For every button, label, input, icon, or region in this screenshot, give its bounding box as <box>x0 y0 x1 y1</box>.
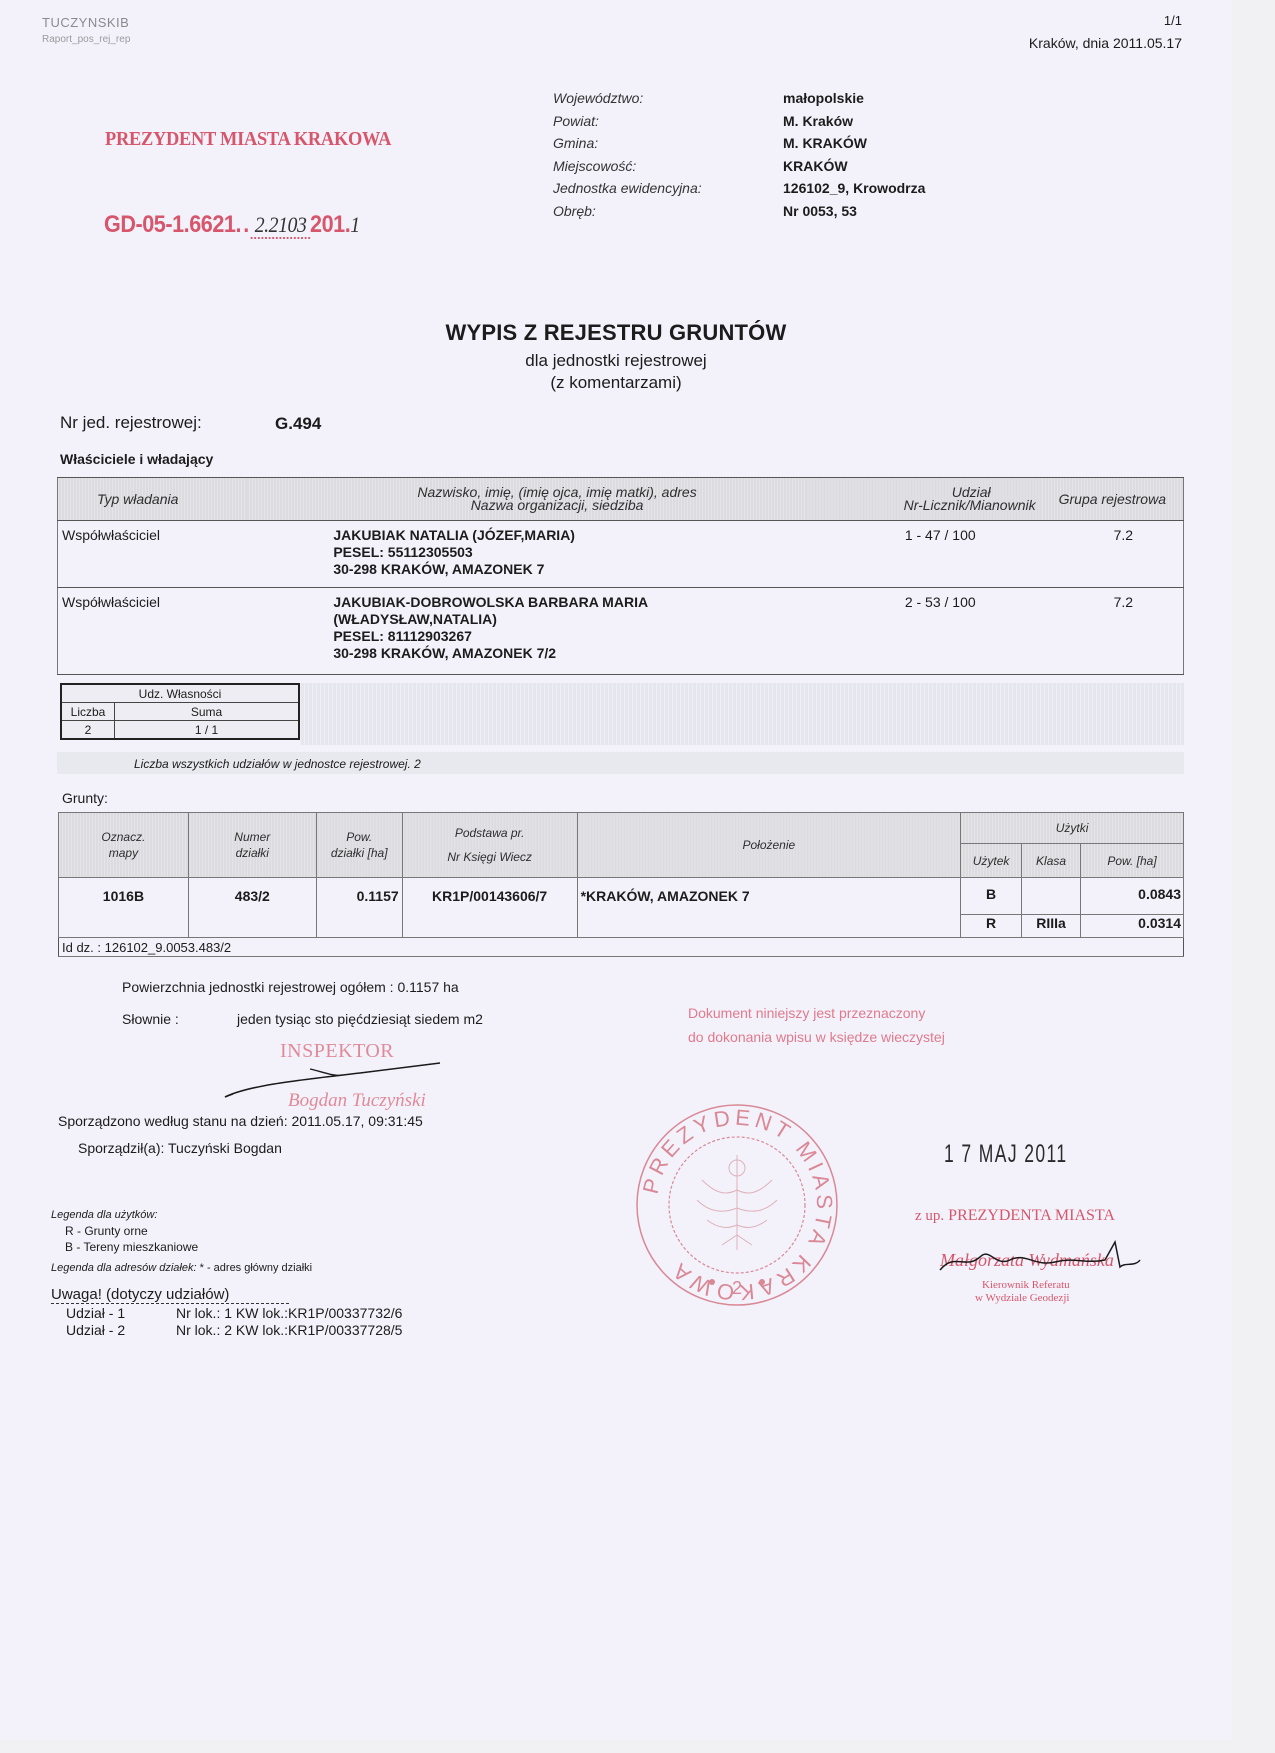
signatory-title-line1: Kierownik Referatu <box>982 1279 1070 1291</box>
admin-row: Województwo:małopolskie <box>553 90 925 113</box>
parcel-row: 1016B483/20.1157KR1P/00143606/7*KRAKÓW, … <box>59 878 1184 915</box>
col-basis-line1: Podstawa pr. <box>403 821 577 845</box>
summary-count: 2 <box>61 721 115 740</box>
use-type: B <box>961 878 1022 915</box>
legend-address: Legenda dla adresów działek: * - adres g… <box>51 1262 312 1274</box>
owner-name-line: PESEL: 81112903267 <box>333 628 806 645</box>
svg-text:2: 2 <box>732 1278 742 1298</box>
admin-value: Nr 0053, 53 <box>783 203 857 226</box>
col-use-type: Użytek <box>961 844 1022 878</box>
admin-row: Obręb:Nr 0053, 53 <box>553 203 925 226</box>
col-use-class: Klasa <box>1022 844 1081 878</box>
registry-unit-value: G.494 <box>275 414 321 434</box>
shares-count-note: Liczba wszystkich udziałów w jednostce r… <box>134 757 421 771</box>
state-as-of: Sporządzono według stanu na dzień: 2011.… <box>58 1113 423 1129</box>
use-area: 0.0843 <box>1081 878 1184 915</box>
col-parcel-line1: Numer <box>189 829 316 845</box>
summary-shading <box>300 683 1184 745</box>
admin-label: Miejscowość: <box>553 158 783 181</box>
parcel-map: 1016B <box>59 878 189 938</box>
purpose-notice: Dokument niniejszy jest przeznaczony do … <box>688 1001 945 1049</box>
remark-value: Nr lok.: 2 KW lok.:KR1P/00337728/5 <box>176 1322 402 1338</box>
parcel-number: 483/2 <box>188 878 316 938</box>
legend-uses-title: Legenda dla użytków: <box>51 1209 157 1221</box>
col-share-line2: Nr-Licznik/Mianownik <box>807 499 1036 512</box>
signatory-signature-icon <box>935 1232 1145 1282</box>
admin-value: M. KRAKÓW <box>783 135 867 158</box>
parcel-id: Id dz. : 126102_9.0053.483/2 <box>59 938 1184 957</box>
col-name-line2: Nazwa organizacji, siedziba <box>307 499 806 512</box>
owner-row: WspółwłaścicielJAKUBIAK-DOBROWOLSKA BARB… <box>58 588 1184 675</box>
col-land-use: Użytki <box>961 813 1184 844</box>
owner-row: WspółwłaścicielJAKUBIAK NATALIA (JÓZEF,M… <box>58 521 1184 588</box>
admin-label: Obręb: <box>553 203 783 226</box>
report-name: Raport_pos_rej_rep <box>42 34 130 45</box>
admin-label: Jednostka ewidencyjna: <box>553 180 783 203</box>
document-page: TUCZYNSKIB Raport_pos_rej_rep 1/1 Kraków… <box>0 0 1232 1740</box>
owner-name-line: (WŁADYSŁAW,NATALIA) <box>333 611 806 628</box>
admin-row: Jednostka ewidencyjna:126102_9, Krowodrz… <box>553 180 925 203</box>
parcel-location: *KRAKÓW, AMAZONEK 7 <box>577 878 961 938</box>
col-area-line1: Pow. <box>317 829 402 845</box>
parcel-land-register: KR1P/00143606/7 <box>402 878 577 938</box>
admin-row: Powiat:M. Kraków <box>553 113 925 136</box>
document-subtitle: dla jednostki rejestrowej <box>0 351 1232 371</box>
remark-label: Udział - 1 <box>66 1305 125 1321</box>
document-subtitle-comment: (z komentarzami) <box>0 373 1232 393</box>
parcels-header-row: Oznacz. mapy Numer działki Pow. działki … <box>59 813 1184 844</box>
owner-share: 2 - 53 / 100 <box>807 588 1042 675</box>
signatory-prefix: z up. <box>915 1208 944 1224</box>
legend-address-value: * - adres główny działki <box>200 1262 313 1274</box>
col-use-area: Pow. [ha] <box>1081 844 1184 878</box>
owner-share: 1 - 47 / 100 <box>807 521 1042 588</box>
notice-line1: Dokument niniejszy jest przeznaczony <box>688 1001 945 1025</box>
received-date-stamp: 1 7 MAJ 2011 <box>944 1140 1067 1169</box>
owner-name: JAKUBIAK-DOBROWOLSKA BARBARA MARIA(WŁADY… <box>247 588 806 675</box>
owner-name: JAKUBIAK NATALIA (JÓZEF,MARIA)PESEL: 551… <box>247 521 806 588</box>
col-map-line2: mapy <box>59 845 188 861</box>
legend-use-r: R - Grunty orne <box>65 1224 148 1238</box>
remark-value: Nr lok.: 1 KW lok.:KR1P/00337732/6 <box>176 1305 402 1321</box>
col-parcel: Numer działki <box>188 813 316 878</box>
col-map-line1: Oznacz. <box>59 829 188 845</box>
total-area-unit: ha <box>443 979 459 995</box>
col-type: Typ władania <box>58 478 248 521</box>
inspector-signature-icon <box>210 1055 450 1105</box>
owner-name-line: JAKUBIAK-DOBROWOLSKA BARBARA MARIA <box>333 594 806 611</box>
col-name: Nazwisko, imię, (imię ojca, imię matki),… <box>247 478 806 521</box>
case-number: GD-05-1.6621..2.2103201.1 <box>104 211 360 239</box>
owner-name-line: 30-298 KRAKÓW, AMAZONEK 7/2 <box>333 645 806 662</box>
owners-table: Typ władania Nazwisko, imię, (imię ojca,… <box>57 477 1184 675</box>
use-type: R <box>961 915 1022 938</box>
col-basis-line2: Nr Księgi Wiecz <box>403 845 577 869</box>
official-seal-icon: PREZYDENT MIASTA KRAKOWA 2 <box>632 1100 842 1310</box>
legend-address-title: Legenda dla adresów działek: <box>51 1262 197 1274</box>
summary-sum: 1 / 1 <box>115 721 300 740</box>
admin-value: małopolskie <box>783 90 864 113</box>
system-user: TUCZYNSKIB <box>42 15 129 30</box>
total-area-label: Powierzchnia jednostki rejestrowej ogółe… <box>122 979 394 995</box>
col-map: Oznacz. mapy <box>59 813 189 878</box>
admin-row: Gmina:M. KRAKÓW <box>553 135 925 158</box>
total-area-value: 0.1157 <box>397 979 439 995</box>
use-class <box>1022 878 1081 915</box>
owner-group: 7.2 <box>1042 588 1184 675</box>
summary-count-label: Liczba <box>61 703 115 721</box>
owner-group: 7.2 <box>1042 521 1184 588</box>
notice-line2: do dokonania wpisu w księdze wieczystej <box>688 1025 945 1049</box>
use-area: 0.0314 <box>1081 915 1184 938</box>
remarks-title: Uwaga! (dotyczy udziałów) <box>51 1286 289 1303</box>
case-suffix: 201 <box>310 211 345 238</box>
admin-value: 126102_9, Krowodrza <box>783 180 925 203</box>
admin-info: Województwo:małopolskiePowiat:M. KrakówG… <box>553 90 925 225</box>
area-in-words-label: Słownie : <box>122 1011 179 1027</box>
signatory-title-line2: w Wydziale Geodezji <box>975 1292 1069 1304</box>
prepared-by: Sporządził(a): Tuczyński Bogdan <box>78 1140 282 1156</box>
admin-label: Powiat: <box>553 113 783 136</box>
parcel-id-row: Id dz. : 126102_9.0053.483/2 <box>59 938 1184 957</box>
signatory-authority-name: PREZYDENTA MIASTA <box>948 1207 1115 1224</box>
parcels-heading: Grunty: <box>62 790 108 806</box>
ownership-summary: Udz. Własności Liczba Suma 2 1 / 1 <box>60 683 300 740</box>
col-group: Grupa rejestrowa <box>1042 478 1184 521</box>
admin-value: KRAKÓW <box>783 158 848 181</box>
col-basis: Podstawa pr. Nr Księgi Wiecz <box>402 813 577 878</box>
owner-name-line: JAKUBIAK NATALIA (JÓZEF,MARIA) <box>333 527 806 544</box>
col-location: Położenie <box>577 813 961 878</box>
col-area-line2: działki [ha] <box>317 845 402 861</box>
owners-header-row: Typ władania Nazwisko, imię, (imię ojca,… <box>58 478 1184 521</box>
admin-label: Województwo: <box>553 90 783 113</box>
authority-stamp: PREZYDENT MIASTA KRAKOWA <box>105 128 391 151</box>
case-year-handwritten: 1 <box>350 212 359 237</box>
admin-row: Miejscowość:KRAKÓW <box>553 158 925 181</box>
owner-name-line: PESEL: 55112305503 <box>333 544 806 561</box>
owner-type: Współwłaściciel <box>58 521 248 588</box>
admin-label: Gmina: <box>553 135 783 158</box>
owner-name-line: 30-298 KRAKÓW, AMAZONEK 7 <box>333 561 806 578</box>
document-title: WYPIS Z REJESTRU GRUNTÓW <box>0 320 1232 346</box>
registry-unit-label: Nr jed. rejestrowej: <box>60 413 202 433</box>
parcel-area: 0.1157 <box>316 878 402 938</box>
summary-title: Udz. Własności <box>61 684 299 703</box>
col-area: Pow. działki [ha] <box>316 813 402 878</box>
signatory-authority: z up. PREZYDENTA MIASTA <box>915 1207 1115 1225</box>
owners-heading: Właściciele i władający <box>60 451 213 467</box>
remark-label: Udział - 2 <box>66 1322 125 1338</box>
page-number: 1/1 <box>1164 13 1182 28</box>
legend-use-b: B - Tereny mieszkaniowe <box>65 1240 198 1254</box>
parcels-table: Oznacz. mapy Numer działki Pow. działki … <box>58 812 1184 957</box>
use-class: RIIIa <box>1022 915 1081 938</box>
owner-type: Współwłaściciel <box>58 588 248 675</box>
admin-value: M. Kraków <box>783 113 853 136</box>
col-parcel-line2: działki <box>189 845 316 861</box>
place-date: Kraków, dnia 2011.05.17 <box>1029 35 1182 51</box>
summary-sum-label: Suma <box>115 703 300 721</box>
col-share: Udział Nr-Licznik/Mianownik <box>807 478 1042 521</box>
area-in-words-value: jeden tysiąc sto pięćdziesiąt siedem m2 <box>237 1011 483 1027</box>
total-area: Powierzchnia jednostki rejestrowej ogółe… <box>122 979 459 995</box>
case-handwritten: 2.2103 <box>251 212 310 239</box>
remarks-title-text: Uwaga! (dotyczy udziałów) <box>51 1286 289 1304</box>
case-prefix: GD-05-1.6621 <box>104 211 235 238</box>
